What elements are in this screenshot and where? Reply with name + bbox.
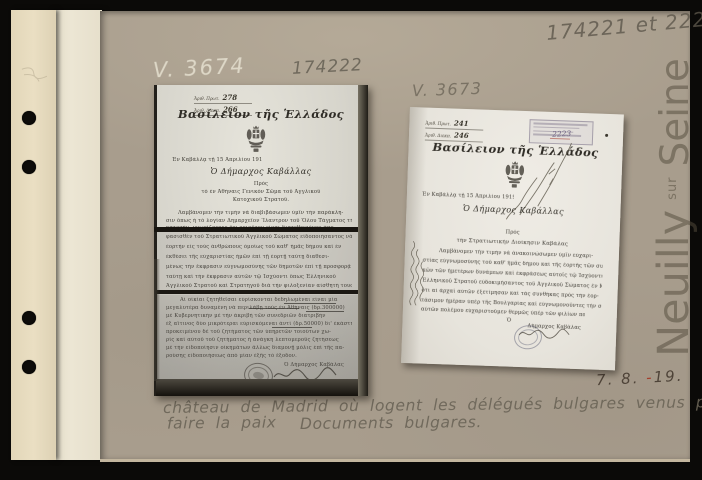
photo-ref-right: V. 3673 (412, 79, 483, 100)
margin-word-seine: Seine (657, 58, 694, 166)
body-line: Λαμβάνομεν τὴν τιμὴν νὰ διαβιβάσωμεν ὑμῖ… (178, 210, 350, 216)
margin-word-neuilly: Neuilly (655, 210, 694, 357)
photo-dark-border (154, 259, 160, 381)
caption-line2-right: Documents bulgares. (300, 413, 482, 433)
photo-dark-border (156, 379, 360, 396)
right-document-photo: Ἀριθ. Πρωτ.241 Ἀριθ. Διεκπ.246 2223 Βασί… (401, 107, 624, 370)
letterhead-title: Βασίλειον τῆς Ἑλλάδος (154, 107, 368, 121)
date-part1: 7. 8. (596, 369, 640, 389)
photo-ref-left: V. 3674 (152, 54, 246, 83)
registry-label: Ἀριθ. Πρωτ. (425, 121, 451, 127)
punch-hole (22, 311, 36, 325)
punch-hole (22, 111, 36, 125)
binder-strip-inner (50, 10, 102, 460)
registry-label: Ἀριθ. Πρωτ. (194, 96, 220, 101)
punch-hole (22, 360, 36, 374)
sender-title: Ὁ Δήμαρχος Καβάλλας (154, 167, 368, 176)
album-page-photo: V. 3674 174222 174221 et 222 V. 3673 7. … (0, 0, 702, 480)
date-dash-red: - (639, 368, 654, 387)
photo-number-left: 174222 (292, 55, 364, 79)
punch-hole (22, 160, 36, 174)
signature-prefix: Ὁ (507, 318, 517, 324)
handwritten-signature (517, 326, 571, 342)
address-line: Κατοχικοῦ Στρατοῦ. (154, 197, 368, 203)
left-document-photo: Ἀριθ. Πρωτ.278 Ἀριθ. Διεκπ.266 Βασίλειον… (154, 85, 368, 396)
photo-dark-border (358, 85, 368, 396)
stamp-text-line (533, 122, 587, 125)
date-part2: 19. (653, 367, 684, 387)
registry-label: Ἀριθ. Διεκπ. (425, 133, 451, 139)
pencil-annotation-vertical (407, 235, 430, 308)
margin-location-note: Neuilly sur Seine (638, 127, 694, 357)
coat-of-arms-icon (244, 125, 268, 154)
address-line: τὸ ἐν Ἀθήναις Γενικὸν Σῶμα τοῦ Ἀγγλικοῦ (154, 189, 368, 195)
margin-word-sur: sur (665, 176, 680, 199)
registry-row: Ἀριθ. Πρωτ.241 (425, 118, 483, 131)
caption-line2-left: faire la paix (167, 413, 277, 432)
photo-crease (154, 227, 360, 232)
registry-number: 246 (454, 131, 469, 141)
date-line: Ἐν Καβάλλᾳ τῇ 15 Ἀπριλίου 1919 (172, 157, 262, 163)
body-line: σιν ὅπως ἡ τὸ λογίαν Δημαρχεῖον Ἴλαντρον… (166, 218, 352, 224)
registry-number: 278 (223, 93, 238, 102)
registry-row: Ἀριθ. Πρωτ.278 (194, 93, 252, 104)
registry-number: 241 (454, 119, 469, 129)
photo-crease (155, 290, 359, 294)
to-label: Πρός (154, 181, 368, 187)
ink-dot (605, 134, 608, 137)
